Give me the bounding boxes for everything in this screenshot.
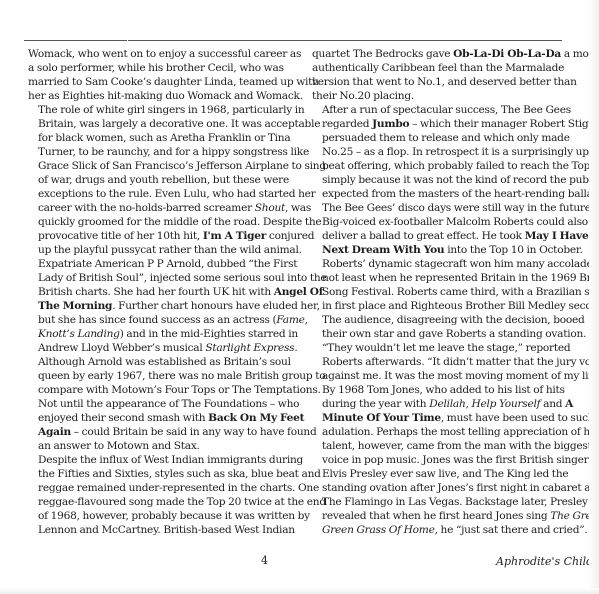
text-run: Expatriate American P P Arnold, dubbed “…	[38, 258, 297, 270]
document-page: Womack, who went on to enjoy a successfu…	[0, 0, 599, 594]
text-line: beat offering, which probably failed to …	[312, 159, 578, 173]
paragraph: Womack, who went on to enjoy a successfu…	[28, 47, 294, 103]
text-run: exceptions to the rule. Even Lulu, who h…	[38, 188, 316, 200]
text-run: Andrew Lloyd Webber’s musical	[38, 342, 205, 354]
text-line: Despite the influx of West Indian immigr…	[28, 453, 294, 467]
text-run: By 1968 Tom Jones, who added to his list…	[322, 384, 565, 396]
text-run: Lennon and McCartney. British-based West…	[38, 524, 295, 536]
text-run: deliver a ballad to great effect. He too…	[322, 230, 525, 242]
text-run: enjoyed their second smash with	[38, 412, 208, 424]
text-line: queen by early 1967, there was no male B…	[28, 369, 294, 383]
text-run: not least when he represented Britain in…	[322, 272, 599, 284]
text-run: persuaded them to release and which only…	[322, 132, 570, 144]
text-run: Despite the influx of West Indian immigr…	[38, 454, 303, 466]
text-run: Although Arnold was established as Brita…	[38, 356, 291, 368]
text-run: Turner, to be raunchy, and for a hippy s…	[38, 146, 309, 158]
text-line: persuaded them to release and which only…	[312, 131, 578, 145]
text-line: the Fifties and Sixties, styles such as …	[28, 467, 294, 481]
text-run: No.25 – as a flop. In retrospect it is a…	[322, 146, 592, 158]
text-line: compare with Motown’s Four Tops or The T…	[28, 383, 294, 397]
text-line: of 1968, however, probably because it wa…	[28, 509, 294, 523]
text-line: Green Grass Of Home, he “just sat there …	[312, 523, 578, 537]
text-run: simply because it was not the kind of re…	[322, 174, 599, 186]
text-line: The Bee Gees’ disco days were still way …	[312, 201, 578, 215]
text-run: career with the no-holds-barred screamer	[38, 202, 255, 214]
title-italic: Fame,	[276, 314, 307, 326]
text-run: an answer to Motown and Stax.	[38, 440, 200, 452]
text-line: Roberts afterwards. “It didn’t matter th…	[312, 355, 578, 369]
text-line: revealed that when he first heard Jones …	[312, 509, 578, 523]
text-run: of 1968, however, probably because it wa…	[38, 510, 310, 522]
text-line: of war, drugs and youth rebellion, but t…	[28, 173, 294, 187]
text-run: provocative title of her 10th hit,	[38, 230, 203, 242]
text-line: version that went to No.1, and deserved …	[312, 75, 578, 89]
text-run: beat offering, which probably failed to …	[322, 160, 599, 172]
text-line: talent, however, came from the man with …	[312, 439, 578, 453]
page-bottom-shadow	[0, 588, 599, 594]
song-title-bold: Jumbo	[372, 118, 409, 130]
text-line: regarded Jumbo – which their manager Rob…	[312, 117, 578, 131]
text-line: reggae-flavoured song made the Top 20 tw…	[28, 495, 294, 509]
text-run: Not until the appearance of The Foundati…	[38, 398, 299, 410]
text-line: an answer to Motown and Stax.	[28, 439, 294, 453]
song-title-bold: A	[565, 398, 573, 410]
song-title-bold: The Morning	[38, 300, 112, 312]
text-run: reggae-flavoured song made the Top 20 tw…	[38, 496, 326, 508]
text-line: Andrew Lloyd Webber’s musical Starlight …	[28, 341, 294, 355]
song-title-bold: Minute Of Your Time	[322, 412, 441, 424]
text-run: – could Britain be said in any way to ha…	[71, 426, 317, 438]
text-run: and	[540, 398, 565, 410]
text-line: her as Eighties hit-making duo Womack an…	[28, 89, 294, 103]
text-line: provocative title of her 10th hit, I'm A…	[28, 229, 294, 243]
text-run: but she has since found success as an ac…	[38, 314, 276, 326]
page-edge-shadow	[589, 0, 599, 594]
text-line: Knott’s Landing) and in the mid-Eighties…	[28, 327, 294, 341]
text-line: married to Sam Cooke’s daughter Linda, t…	[28, 75, 294, 89]
text-run: expected from the masters of the heart-r…	[322, 188, 599, 200]
text-run: standing ovation after Jones’s first nig…	[322, 482, 594, 494]
song-title-bold: Next Dream With You	[322, 244, 444, 256]
text-run: the Fifties and Sixties, styles such as …	[38, 468, 321, 480]
text-line: quickly groomed for the middle of the ro…	[28, 215, 294, 229]
text-run: against me. It was the most moving momen…	[322, 370, 599, 382]
text-line: a solo performer, while his brother Ceci…	[28, 61, 294, 75]
text-line: Next Dream With You into the Top 10 in O…	[312, 243, 578, 257]
text-line: Lennon and McCartney. British-based West…	[28, 523, 294, 537]
text-run: Roberts’ dynamic stagecraft won him many…	[322, 258, 599, 270]
text-run: , must have been used to such	[441, 412, 595, 424]
text-run: their No.20 placing.	[312, 90, 414, 102]
song-title-bold: I'm A Tiger	[203, 230, 266, 242]
text-run: talent, however, came from the man with …	[322, 440, 592, 452]
title-italic: Green Grass Of Home	[322, 524, 435, 536]
text-run: her as Eighties hit-making duo Womack an…	[28, 90, 303, 102]
text-run: After a run of spectacular success, The …	[322, 104, 571, 116]
text-run: authentically Caribbean feel than the Ma…	[312, 62, 564, 74]
text-line: their own star and gave Roberts a standi…	[312, 327, 578, 341]
text-run: The Flamingo in Las Vegas. Backstage lat…	[322, 496, 588, 508]
text-line: Song Festival. Roberts came third, with …	[312, 285, 578, 299]
text-run: The Bee Gees’ disco days were still way …	[322, 202, 594, 214]
text-line: authentically Caribbean feel than the Ma…	[312, 61, 578, 75]
text-line: Again – could Britain be said in any way…	[28, 425, 294, 439]
text-line: Although Arnold was established as Brita…	[28, 355, 294, 369]
text-run: Grace Slick of San Francisco’s Jefferson…	[38, 160, 326, 172]
paragraph: Big-voiced ex-footballer Malcolm Roberts…	[312, 215, 578, 383]
text-run: of war, drugs and youth rebellion, but t…	[38, 174, 289, 186]
text-run: married to Sam Cooke’s daughter Linda, t…	[28, 76, 319, 88]
header-rule-right	[128, 40, 562, 41]
text-line: Grace Slick of San Francisco’s Jefferson…	[28, 159, 294, 173]
paragraph: Despite the influx of West Indian immigr…	[28, 453, 294, 537]
running-title: Aphrodite's Child	[496, 555, 593, 568]
text-run: . Further chart honours have eluded her,	[112, 300, 320, 312]
text-line: No.25 – as a flop. In retrospect it is a…	[312, 145, 578, 159]
text-run: reggae remained under-represented in the…	[38, 482, 319, 494]
title-italic: Shout	[255, 202, 285, 214]
paragraph: The role of white girl singers in 1968, …	[28, 103, 294, 257]
text-run: voice in pop music. Jones was the first …	[322, 454, 589, 466]
text-run: Roberts afterwards. “It didn’t matter th…	[322, 356, 599, 368]
text-run: , he “just sat there and cried”.	[435, 524, 588, 536]
text-run: adulation. Perhaps the most telling appr…	[322, 426, 598, 438]
text-run: .	[294, 342, 297, 354]
text-line: standing ovation after Jones’s first nig…	[312, 481, 578, 495]
text-line: Elvis Presley ever saw live, and The Kin…	[312, 467, 578, 481]
text-run: The role of white girl singers in 1968, …	[38, 104, 305, 116]
text-run: – which their manager Robert Stigwood	[409, 118, 599, 130]
text-run: Song Festival. Roberts came third, with …	[322, 286, 599, 298]
text-line: Turner, to be raunchy, and for a hippy s…	[28, 145, 294, 159]
text-run: Elvis Presley ever saw live, and The Kin…	[322, 468, 568, 480]
text-line: Roberts’ dynamic stagecraft won him many…	[312, 257, 578, 271]
song-title-bold: May I Have The	[525, 230, 599, 242]
paragraph: Although Arnold was established as Brita…	[28, 355, 294, 453]
text-line: not least when he represented Britain in…	[312, 271, 578, 285]
header-rule-left	[24, 40, 127, 41]
text-line: up the playful pussycat rather than the …	[28, 243, 294, 257]
text-run: in first place and Righteous Brother Bil…	[322, 300, 599, 312]
text-run: British charts. She had her fourth UK hi…	[38, 286, 274, 298]
text-line: Womack, who went on to enjoy a successfu…	[28, 47, 294, 61]
title-italic: Knott’s Landing	[38, 328, 120, 340]
text-run: The audience, disagreeing with the decis…	[322, 314, 585, 326]
paragraph: quartet The Bedrocks gave Ob-La-Di Ob-La…	[312, 47, 578, 103]
text-run: compare with Motown’s Four Tops or The T…	[38, 384, 321, 396]
text-line: expected from the masters of the heart-r…	[312, 187, 578, 201]
text-line: By 1968 Tom Jones, who added to his list…	[312, 383, 578, 397]
song-title-bold: Back On My Feet	[208, 412, 304, 424]
text-run: Womack, who went on to enjoy a successfu…	[28, 48, 301, 60]
text-line: The role of white girl singers in 1968, …	[28, 103, 294, 117]
text-run: quickly groomed for the middle of the ro…	[38, 216, 321, 228]
text-run: up the playful pussycat rather than the …	[38, 244, 302, 256]
text-line: simply because it was not the kind of re…	[312, 173, 578, 187]
text-line: Not until the appearance of The Foundati…	[28, 397, 294, 411]
text-line: The audience, disagreeing with the decis…	[312, 313, 578, 327]
paragraph: By 1968 Tom Jones, who added to his list…	[312, 383, 578, 537]
text-run: , was	[285, 202, 311, 214]
title-italic: Starlight Express	[205, 342, 294, 354]
text-run: their own star and gave Roberts a standi…	[322, 328, 586, 340]
text-run: conjured	[266, 230, 314, 242]
text-line: career with the no-holds-barred screamer…	[28, 201, 294, 215]
text-line: Expatriate American P P Arnold, dubbed “…	[28, 257, 294, 271]
text-line: during the year with Delilah, Help Yours…	[312, 397, 578, 411]
text-line: Minute Of Your Time, must have been used…	[312, 411, 578, 425]
right-text-column: quartet The Bedrocks gave Ob-La-Di Ob-La…	[312, 47, 578, 537]
text-line: reggae remained under-represented in the…	[28, 481, 294, 495]
text-run: version that went to No.1, and deserved …	[312, 76, 577, 88]
text-line: against me. It was the most moving momen…	[312, 369, 578, 383]
text-line: Britain, was largely a decorative one. I…	[28, 117, 294, 131]
text-line: deliver a ballad to great effect. He too…	[312, 229, 578, 243]
text-line: After a run of spectacular success, The …	[312, 103, 578, 117]
paragraph: Expatriate American P P Arnold, dubbed “…	[28, 257, 294, 355]
text-line: quartet The Bedrocks gave Ob-La-Di Ob-La…	[312, 47, 578, 61]
text-line: in first place and Righteous Brother Bil…	[312, 299, 578, 313]
text-line: Big-voiced ex-footballer Malcolm Roberts…	[312, 215, 578, 229]
text-run: for black women, such as Aretha Franklin…	[38, 132, 290, 144]
text-run: Lady of British Soul”, injected some ser…	[38, 272, 326, 284]
song-title-bold: Ob-La-Di Ob-La-Da	[453, 48, 561, 60]
text-run: “They wouldn’t let me leave the stage,” …	[322, 342, 570, 354]
text-line: “They wouldn’t let me leave the stage,” …	[312, 341, 578, 355]
text-run: revealed that when he first heard Jones …	[322, 510, 550, 522]
page-number: 4	[261, 554, 268, 567]
text-run: regarded	[322, 118, 372, 130]
text-run: into the Top 10 in October.	[444, 244, 582, 256]
text-run: Britain, was largely a decorative one. I…	[38, 118, 320, 130]
text-run: a solo performer, while his brother Ceci…	[28, 62, 284, 74]
song-title-bold: Again	[38, 426, 71, 438]
text-line: enjoyed their second smash with Back On …	[28, 411, 294, 425]
text-line: The Flamingo in Las Vegas. Backstage lat…	[312, 495, 578, 509]
left-text-column: Womack, who went on to enjoy a successfu…	[28, 47, 294, 537]
text-line: for black women, such as Aretha Franklin…	[28, 131, 294, 145]
text-line: their No.20 placing.	[312, 89, 578, 103]
title-italic: Delilah, Help Yourself	[429, 398, 540, 410]
paragraph: After a run of spectacular success, The …	[312, 103, 578, 215]
text-run: queen by early 1967, there was no male B…	[38, 370, 325, 382]
text-line: but she has since found success as an ac…	[28, 313, 294, 327]
text-line: Lady of British Soul”, injected some ser…	[28, 271, 294, 285]
text-line: adulation. Perhaps the most telling appr…	[312, 425, 578, 439]
text-line: British charts. She had her fourth UK hi…	[28, 285, 294, 299]
text-run: Big-voiced ex-footballer Malcolm Roberts…	[322, 216, 588, 228]
text-run: during the year with	[322, 398, 429, 410]
text-line: exceptions to the rule. Even Lulu, who h…	[28, 187, 294, 201]
text-line: The Morning. Further chart honours have …	[28, 299, 294, 313]
text-line: voice in pop music. Jones was the first …	[312, 453, 578, 467]
text-run: quartet The Bedrocks gave	[312, 48, 453, 60]
text-run: ) and in the mid-Eighties starred in	[120, 328, 298, 340]
